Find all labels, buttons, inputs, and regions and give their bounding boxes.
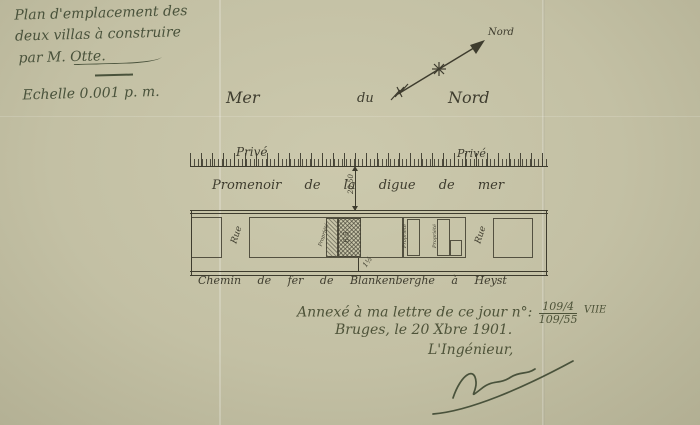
sea-label-du: du (357, 91, 374, 106)
scanned-plan-document: Plan d'emplacement des deux villas à con… (0, 0, 700, 425)
separator-dash (95, 74, 133, 77)
plot-a (407, 219, 420, 256)
villa-dimension-line (358, 258, 359, 271)
annotation-line-1-text: Annexé à ma lettre de ce jour n°: (297, 305, 532, 321)
parcel-far-left (191, 217, 222, 258)
plan-right-edge (546, 210, 547, 276)
plot-b (437, 219, 450, 256)
villa-block-label: 6.5 (343, 231, 351, 242)
plot-small-annex (450, 240, 462, 256)
sea-label-mer: Mer (226, 88, 260, 107)
title-line-2: deux villas à construire (15, 24, 181, 44)
parcel-far-right (493, 218, 533, 258)
scale-note: Echelle 0.001 p. m. (22, 84, 160, 104)
title-underline-flourish (73, 52, 161, 65)
compass-arrow (388, 24, 503, 104)
street-right-label: Rue (473, 225, 488, 245)
street-left-label: Rue (229, 225, 244, 245)
plot-a-label: Propriété (402, 224, 408, 248)
promenade-edge-lines (190, 210, 548, 214)
annotation-line-2: Bruges, le 20 Xbre 1901. (335, 322, 512, 338)
reference-number-fraction: 109/4 109/55 (539, 301, 578, 325)
paper-crease-horizontal (0, 116, 700, 117)
compass-arrowhead (470, 40, 485, 54)
reference-denominator: 109/55 (539, 314, 578, 326)
boundary-label-prive-right: Privé (457, 147, 486, 160)
reference-suffix: VIIE (584, 305, 606, 316)
railway-label: Chemin de fer de Blankenberghe à Heyst (198, 274, 507, 287)
title-line-1: Plan d'emplacement des (14, 3, 187, 24)
compass-feathers (391, 84, 408, 100)
dimension-arrow-top (352, 166, 358, 171)
promenade-label: Promenoir de la digue de mer (212, 178, 504, 193)
engineer-signature (425, 356, 580, 418)
compass-star (432, 62, 446, 76)
compass-north-label: Nord (488, 27, 514, 38)
reference-numerator: 109/4 (539, 301, 578, 314)
plot-b-label: Propriété (432, 224, 438, 248)
boundary-label-prive-left: Privé (236, 145, 268, 159)
